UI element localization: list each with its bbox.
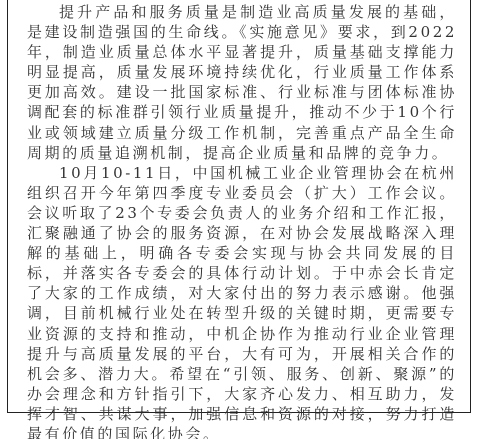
paragraph-quality: 提升产品和服务质量是制造业高质量发展的基础，是建设制造强国的生命线。《实施意见》… (27, 2, 457, 163)
paragraph-meeting: 10月10-11日，中国机械工业企业管理协会在杭州组织召开今年第四季度专业委员会… (27, 163, 457, 439)
article-body: 提升产品和服务质量是制造业高质量发展的基础，是建设制造强国的生命线。《实施意见》… (27, 2, 457, 439)
